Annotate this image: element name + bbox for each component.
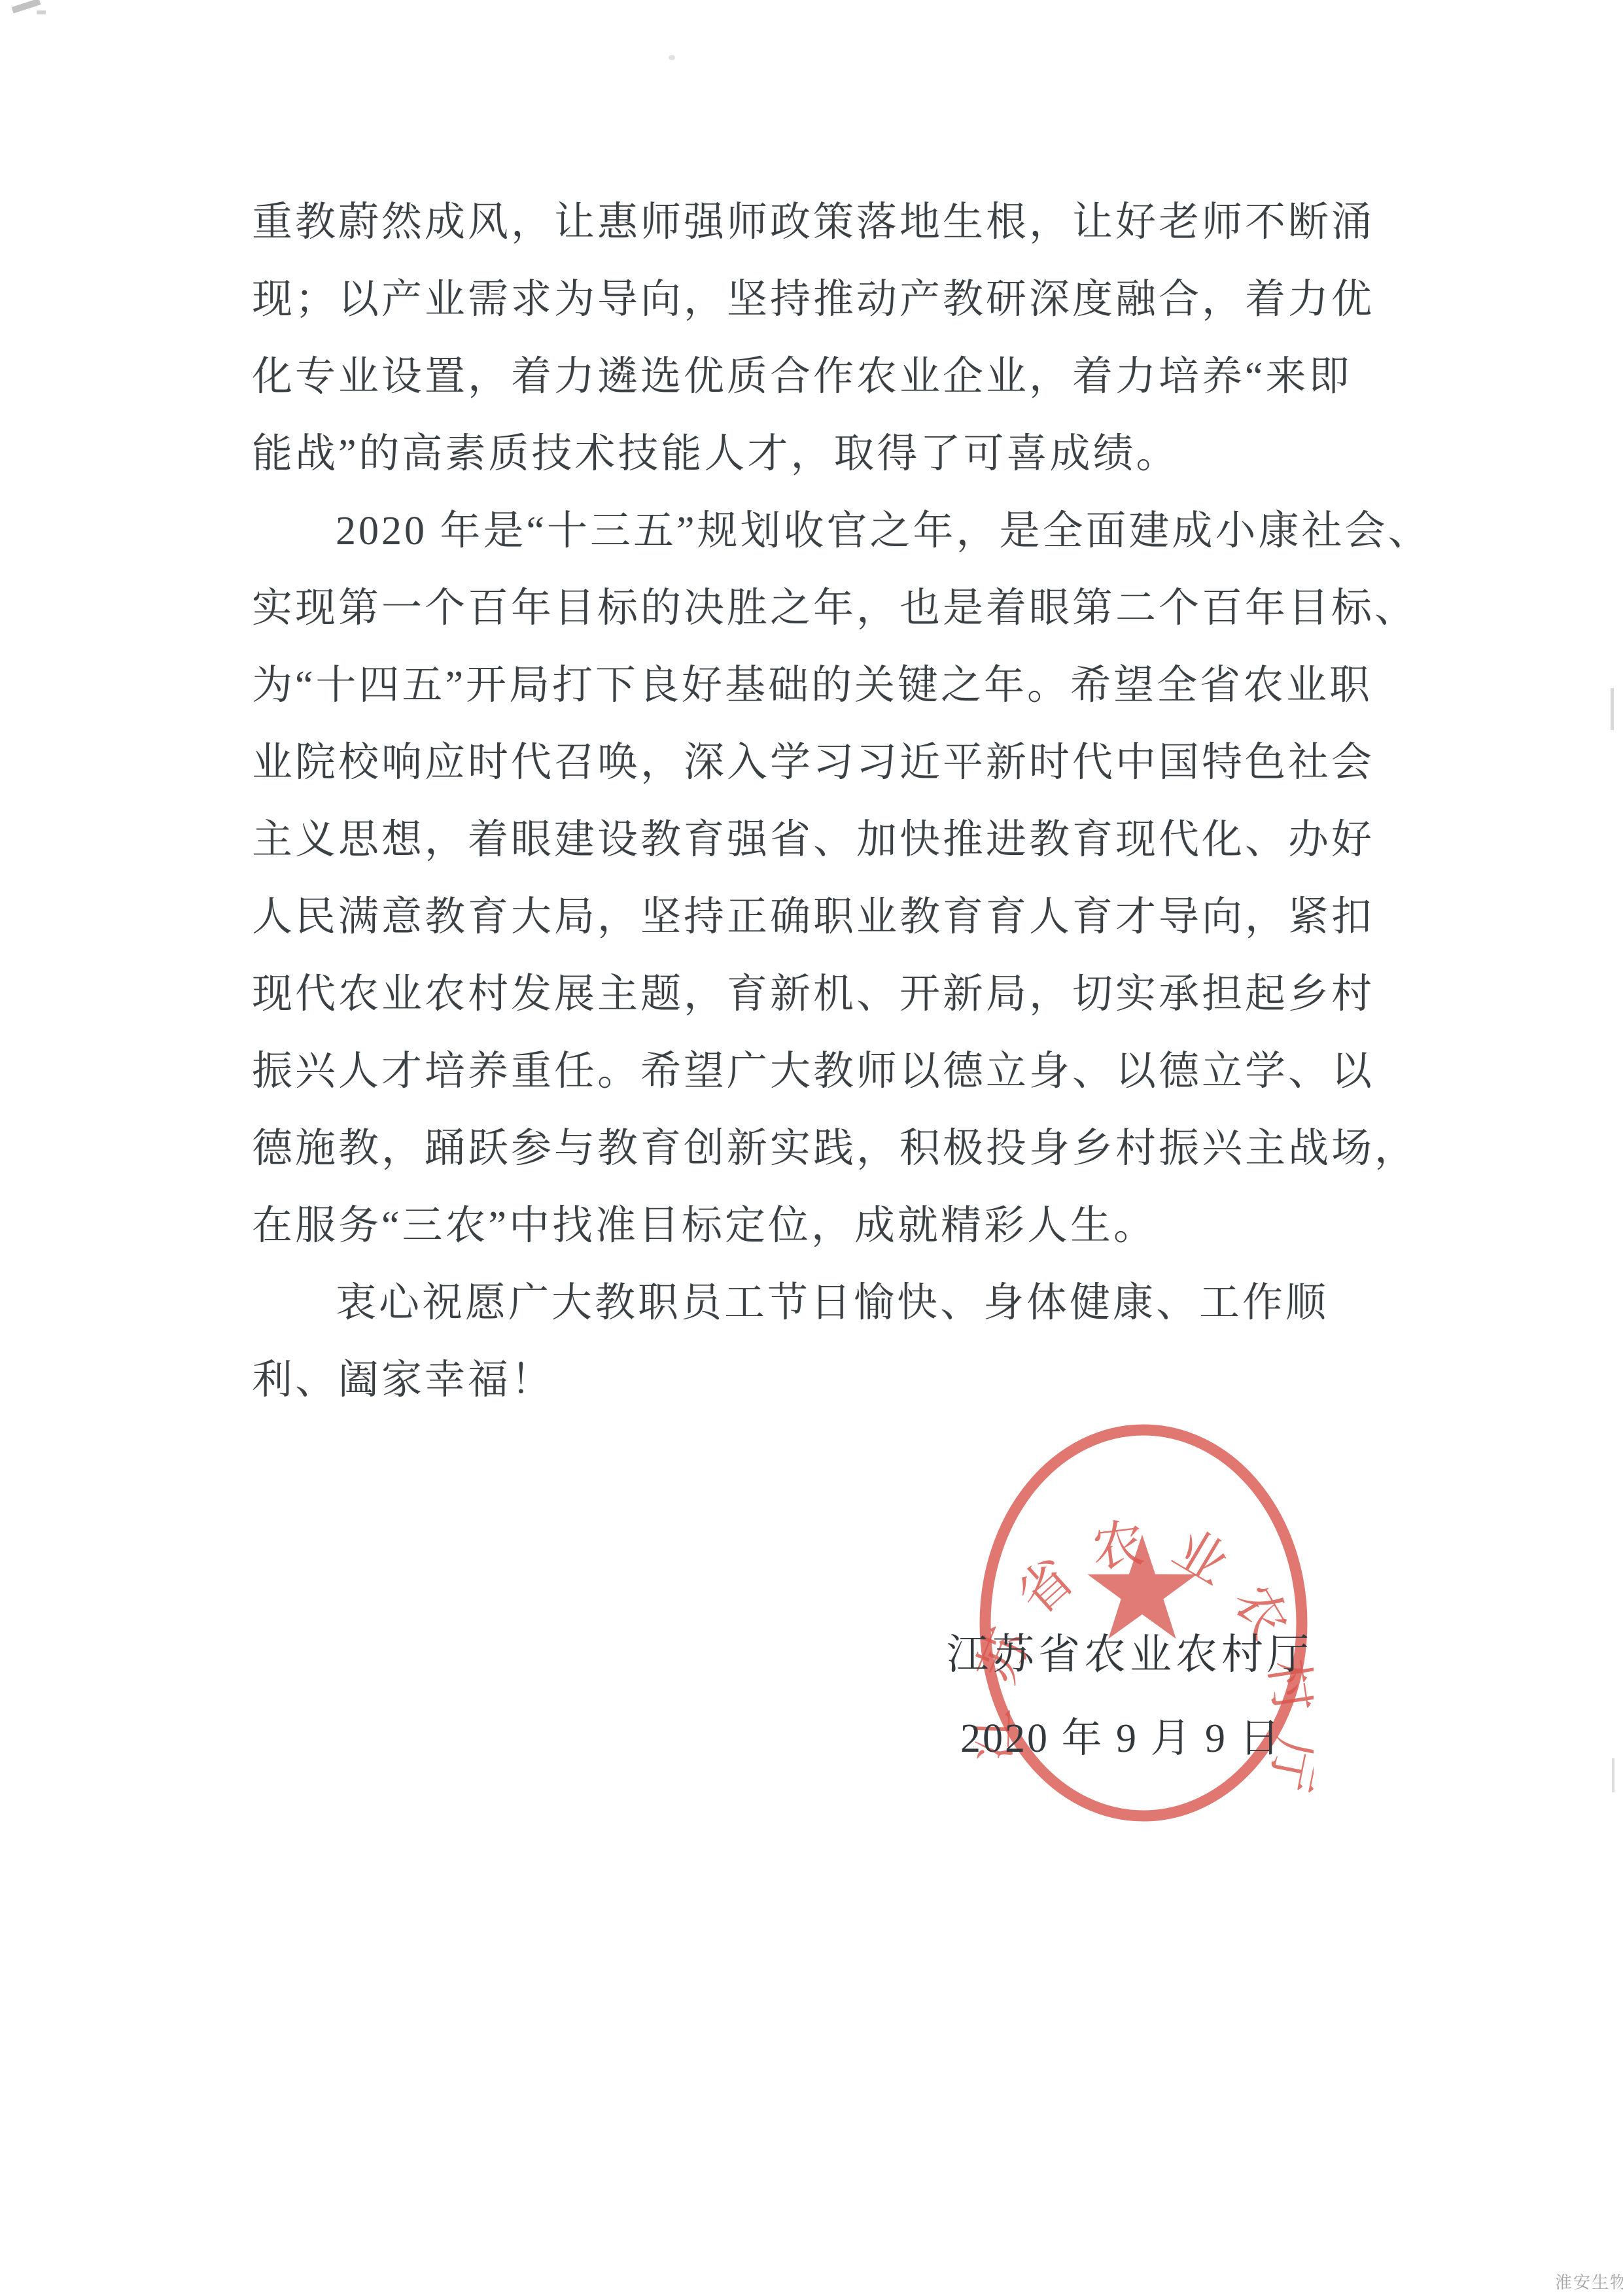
corner-watermark: 淮安生物 <box>1555 2269 1623 2293</box>
body-line: 人民满意教育大局，坚持正确职业教育育人育才导向，紧扣 <box>252 878 1442 956</box>
body-line: 振兴人才培养重任。希望广大教师以德立身、以德立学、以 <box>252 1033 1442 1110</box>
body-line: 业院校响应时代召唤，深入学习习近平新时代中国特色社会 <box>252 724 1442 801</box>
body-line: 重教蔚然成风，让惠师强师政策落地生根，让好老师不断涌 <box>252 184 1442 261</box>
body-line: 实现第一个百年目标的决胜之年，也是着眼第二个百年目标、 <box>252 570 1442 647</box>
body-line: 为“十四五”开局打下良好基础的关键之年。希望全省农业职 <box>252 647 1442 724</box>
signature-date: 2020 年 9 月 9 日 <box>960 1705 1282 1764</box>
body-line: 德施教，踊跃参与教育创新实践，积极投身乡村振兴主战场， <box>252 1110 1442 1187</box>
scan-artifact <box>1611 688 1614 730</box>
scanned-letter-page: 重教蔚然成风，让惠师强师政策落地生根，让好老师不断涌 现；以产业需求为导向，坚持… <box>0 0 1623 2296</box>
body-line: 现代农业农村发展主题，育新机、开新局，切实承担起乡村 <box>252 956 1442 1033</box>
body-line: 利、阖家幸福！ <box>252 1342 1442 1419</box>
signature-organization: 江苏省农业农村厅 <box>947 1621 1313 1681</box>
body-line: 2020 年是“十三五”规划收官之年，是全面建成小康社会、 <box>252 493 1442 570</box>
body-line: 化专业设置，着力遴选优质合作农业企业，着力培养“来即 <box>252 338 1442 415</box>
scan-artifact <box>1612 1758 1614 1792</box>
body-line: 衷心祝愿广大教职员工节日愉快、身体健康、工作顺 <box>252 1264 1442 1342</box>
scan-artifact <box>669 55 675 60</box>
scan-artifact <box>37 10 46 14</box>
body-line: 在服务“三农”中找准目标定位，成就精彩人生。 <box>252 1187 1442 1264</box>
body-line: 主义思想，着眼建设教育强省、加快推进教育现代化、办好 <box>252 801 1442 878</box>
letter-body: 重教蔚然成风，让惠师强师政策落地生根，让好老师不断涌 现；以产业需求为导向，坚持… <box>252 184 1442 1419</box>
body-line: 现；以产业需求为导向，坚持推动产教研深度融合，着力优 <box>252 261 1442 338</box>
body-line: 能战”的高素质技术技能人才，取得了可喜成绩。 <box>252 415 1442 493</box>
